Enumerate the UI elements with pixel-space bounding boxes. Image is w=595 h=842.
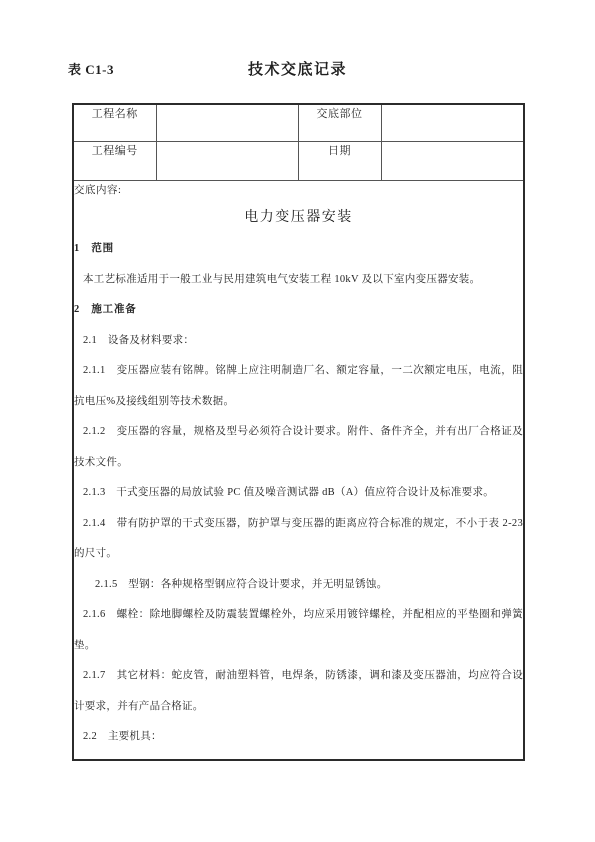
label-disclosure-part: 交底部位 <box>298 104 381 142</box>
content-label: 交底内容: <box>74 181 523 201</box>
clause-2-2: 2.2 主要机具： <box>74 722 523 753</box>
form-row-2: 工程编号 日期 <box>73 142 524 181</box>
page-header: 表 C1-3 技术交底记录 <box>0 61 595 81</box>
clause-2-1-1: 2.1.1 变压器应装有铭牌。铭牌上应注明制造厂名、额定容量，一二次额定电压，电… <box>74 356 523 417</box>
label-project-name: 工程名称 <box>73 104 156 142</box>
form-row-1: 工程名称 交底部位 <box>73 104 524 142</box>
label-project-number: 工程编号 <box>73 142 156 181</box>
section-1-heading: 1 范围 <box>74 234 523 265</box>
clause-2-1-4: 2.1.4 带有防护罩的干式变压器，防护罩与变压器的距离应符合标准的规定，不小于… <box>74 509 523 570</box>
value-date <box>381 142 524 181</box>
clause-2-1-5: 2.1.5 型钢：各种规格型钢应符合设计要求，并无明显锈蚀。 <box>74 570 523 601</box>
section-1-body: 本工艺标准适用于一般工业与民用建筑电气安装工程 10kV 及以下室内变压器安装。 <box>74 265 523 296</box>
clause-2-1: 2.1 设备及材料要求： <box>74 326 523 357</box>
document-page: 表 C1-3 技术交底记录 工程名称 交底部位 工程编号 日期 交底内容: <box>0 0 595 842</box>
value-project-number <box>156 142 298 181</box>
disclosure-content-cell: 交底内容: 电力变压器安装 1 范围 本工艺标准适用于一般工业与民用建筑电气安装… <box>73 181 524 761</box>
clause-2-1-7: 2.1.7 其它材料：蛇皮管，耐油塑料管，电焊条，防锈漆，调和漆及变压器油，均应… <box>74 661 523 722</box>
value-disclosure-part <box>381 104 524 142</box>
section-2-heading: 2 施工准备 <box>74 295 523 326</box>
label-date: 日期 <box>298 142 381 181</box>
content-doc-title: 电力变压器安装 <box>74 201 523 234</box>
clause-2-1-2: 2.1.2 变压器的容量，规格及型号必须符合设计要求。附件、备件齐全，并有出厂合… <box>74 417 523 478</box>
content-row: 交底内容: 电力变压器安装 1 范围 本工艺标准适用于一般工业与民用建筑电气安装… <box>73 181 524 761</box>
value-project-name <box>156 104 298 142</box>
clause-2-1-6: 2.1.6 螺栓：除地脚螺栓及防震装置螺栓外，均应采用镀锌螺栓，并配相应的平垫圈… <box>74 600 523 661</box>
disclosure-form-table: 工程名称 交底部位 工程编号 日期 交底内容: 电力变压器安装 1 范围 本工艺… <box>72 103 525 761</box>
clause-2-1-3: 2.1.3 干式变压器的局放试验 PC 值及噪音测试器 dB（A）值应符合设计及… <box>74 478 523 509</box>
form-code: 表 C1-3 <box>68 61 114 79</box>
